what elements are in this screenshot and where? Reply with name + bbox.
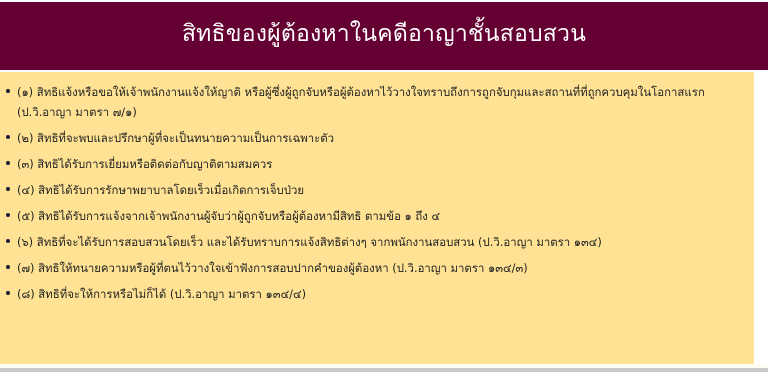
- list-item: (๒) สิทธิที่จะพบและปรึกษาผู้ที่จะเป็นทนา…: [0, 128, 754, 148]
- bullet-icon: [6, 135, 10, 139]
- list-item: (๗) สิทธิให้ทนายความหรือผู้ที่ตนไว้วางใจ…: [0, 258, 754, 278]
- page: สิทธิของผู้ต้องหาในคดีอาญาชั้นสอบสวน (๑)…: [0, 0, 768, 372]
- rights-list: (๑) สิทธิแจ้งหรือขอให้เจ้าพนักงานแจ้งให้…: [0, 82, 754, 304]
- page-header: สิทธิของผู้ต้องหาในคดีอาญาชั้นสอบสวน: [0, 2, 768, 70]
- list-item-text: (๓) สิทธิได้รับการเยี่ยมหรือติดต่อกับญาต…: [17, 157, 272, 171]
- list-item-text: (๒) สิทธิที่จะพบและปรึกษาผู้ที่จะเป็นทนา…: [17, 131, 334, 145]
- list-item-text: (๕) สิทธิได้รับการแจ้งจากเจ้าพนักงานผู้จ…: [17, 209, 440, 223]
- list-item-text: (๗) สิทธิให้ทนายความหรือผู้ที่ตนไว้วางใจ…: [17, 261, 528, 275]
- list-item: (๖) สิทธิที่จะได้รับการสอบสวนโดยเร็ว และ…: [0, 232, 754, 252]
- bullet-icon: [6, 187, 10, 191]
- list-item: (๕) สิทธิได้รับการแจ้งจากเจ้าพนักงานผู้จ…: [0, 206, 754, 226]
- suspect-rights-box: (๑) สิทธิแจ้งหรือขอให้เจ้าพนักงานแจ้งให้…: [0, 72, 754, 364]
- bullet-icon: [6, 161, 10, 165]
- page-title: สิทธิของผู้ต้องหาในคดีอาญาชั้นสอบสวน: [182, 16, 586, 52]
- bullet-icon: [6, 265, 10, 269]
- bullet-icon: [6, 239, 10, 243]
- bottom-divider: [0, 368, 768, 372]
- bullet-icon: [6, 213, 10, 217]
- list-item-text: (๔) สิทธิได้รับการรักษาพยาบาลโดยเร็วเมื่…: [17, 183, 304, 197]
- list-item-text: (๑) สิทธิแจ้งหรือขอให้เจ้าพนักงานแจ้งให้…: [17, 85, 705, 119]
- list-item: (๔) สิทธิได้รับการรักษาพยาบาลโดยเร็วเมื่…: [0, 180, 754, 200]
- list-item-text: (๘) สิทธิที่จะให้การหรือไม่ก็ได้ (ป.วิ.อ…: [17, 287, 306, 301]
- list-item: (๓) สิทธิได้รับการเยี่ยมหรือติดต่อกับญาต…: [0, 154, 754, 174]
- bullet-icon: [6, 89, 10, 93]
- list-item: (๘) สิทธิที่จะให้การหรือไม่ก็ได้ (ป.วิ.อ…: [0, 284, 754, 304]
- list-item-text: (๖) สิทธิที่จะได้รับการสอบสวนโดยเร็ว และ…: [17, 235, 602, 249]
- bullet-icon: [6, 291, 10, 295]
- list-item: (๑) สิทธิแจ้งหรือขอให้เจ้าพนักงานแจ้งให้…: [0, 82, 754, 122]
